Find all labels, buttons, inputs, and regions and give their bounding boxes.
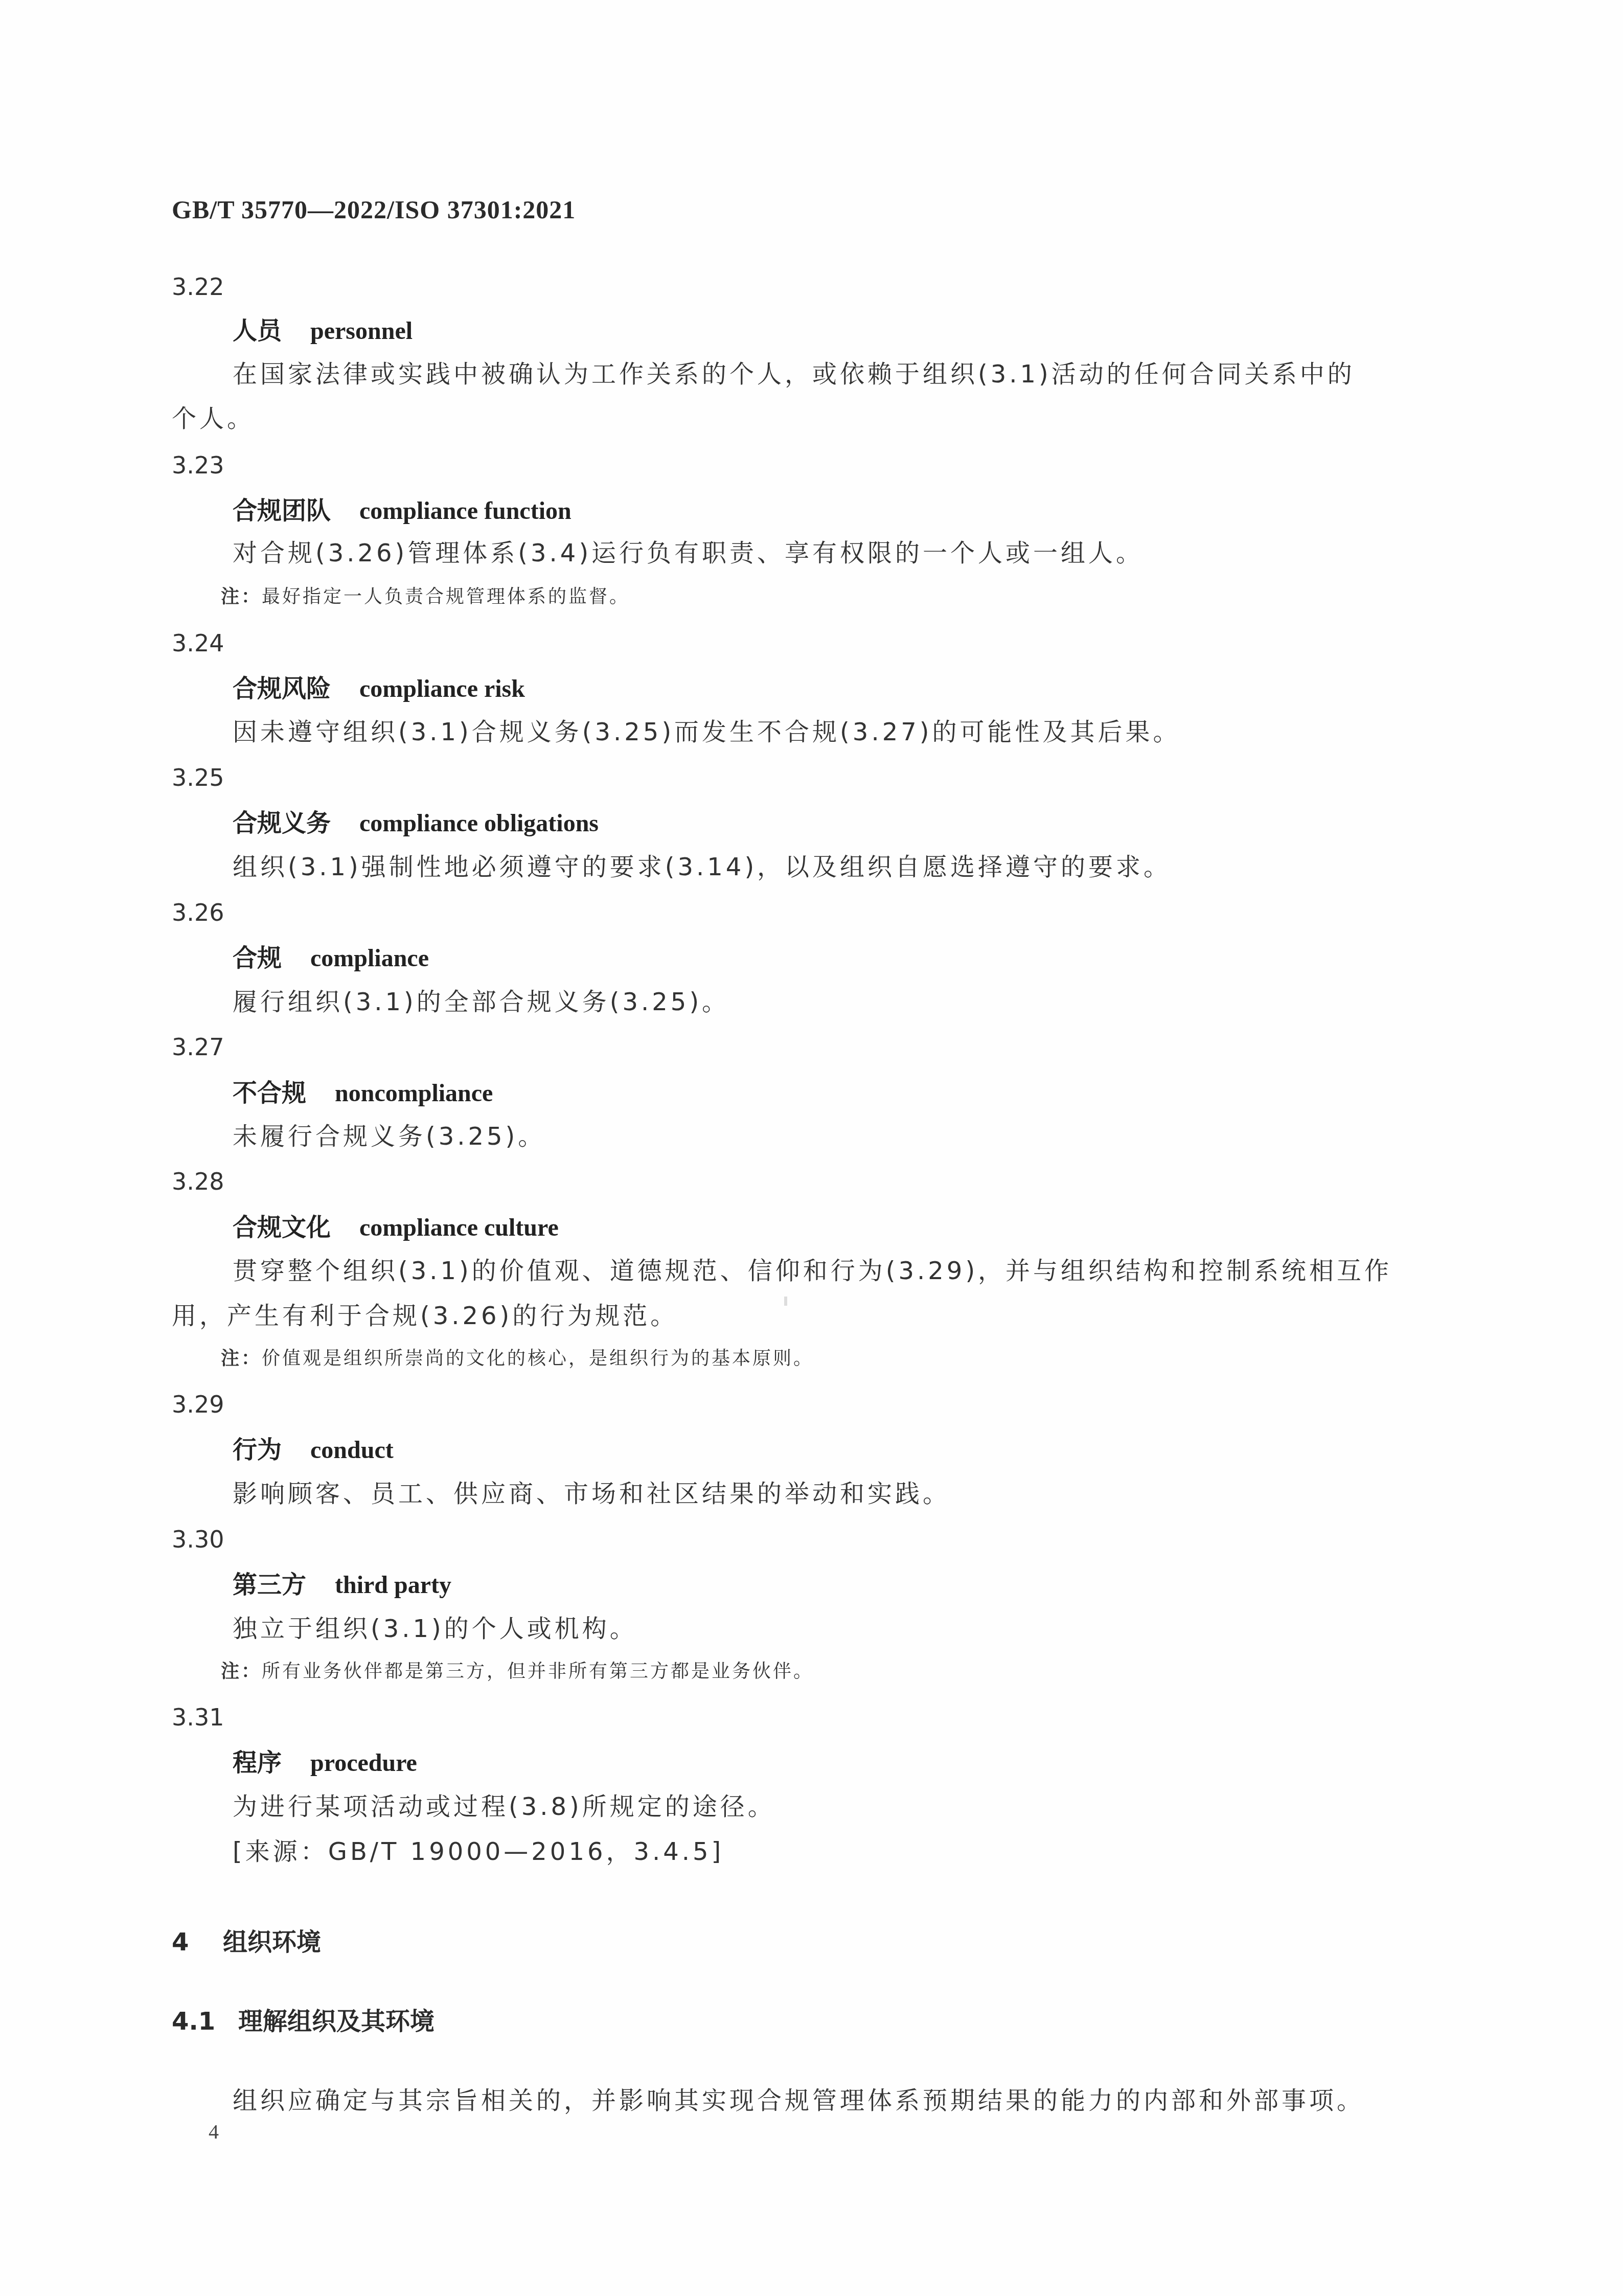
term-en: compliance obligations [359,810,599,837]
term-heading: 程序procedure [233,1751,417,1776]
document-page: GB/T 35770—2022/ISO 37301:2021 3.22 人员pe… [0,0,1623,2296]
note-label: 注： [221,586,262,607]
subsection-title: 理解组织及其环境 [238,2007,435,2036]
note: 注：最好指定一人负责合规管理体系的监督。 [221,588,630,606]
clause-number: 3.22 [172,275,224,299]
term-zh: 人员 [233,316,282,345]
definition-line: 在国家法律或实践中被确认为工作关系的个人，或依赖于组织(3.1)活动的任何合同关… [233,362,1355,387]
term-zh: 合规 [233,944,282,972]
term-en: personnel [310,317,413,345]
definition-line: 因未遵守组织(3.1)合规义务(3.25)而发生不合规(3.27)的可能性及其后… [233,720,1180,744]
term-en: conduct [310,1437,394,1464]
term-heading: 合规文化compliance culture [233,1215,559,1240]
term-heading: 人员personnel [233,319,413,344]
clause-number: 3.24 [172,631,224,655]
clause-number: 3.26 [172,901,224,924]
term-en: compliance function [359,497,572,525]
clause-number: 3.28 [172,1170,224,1193]
term-zh: 合规义务 [233,809,331,837]
note-label: 注： [221,1661,262,1682]
term-zh: 第三方 [233,1571,306,1599]
section-title: 组织环境 [223,1928,321,1957]
note-text: 所有业务伙伴都是第三方，但并非所有第三方都是业务伙伴。 [262,1661,814,1682]
clause-number: 3.23 [172,453,224,477]
note-label: 注： [221,1348,262,1369]
section-number: 4 [172,1930,223,1954]
definition-line: 对合规(3.26)管理体系(3.4)运行负有职责、享有权限的一个人或一组人。 [233,541,1144,565]
definition-line: 用，产生有利于合规(3.26)的行为规范。 [172,1304,678,1328]
term-zh: 合规文化 [233,1213,331,1242]
clause-number: 3.30 [172,1528,224,1551]
subsection-heading: 4.1理解组织及其环境 [172,2009,435,2034]
definition-line: 影响顾客、员工、供应商、市场和社区结果的举动和实践。 [233,1482,950,1506]
term-en: procedure [310,1749,417,1777]
term-zh: 合规团队 [233,496,331,525]
clause-number: 3.31 [172,1706,224,1729]
paragraph: 组织应确定与其宗旨相关的，并影响其实现合规管理体系预期结果的能力的内部和外部事项… [233,2088,1364,2113]
term-heading: 合规义务compliance obligations [233,811,599,836]
clause-number: 3.29 [172,1393,224,1416]
term-zh: 程序 [233,1748,282,1777]
note: 注：价值观是组织所崇尚的文化的核心，是组织行为的基本原则。 [221,1350,814,1368]
term-heading: 不合规noncompliance [233,1081,493,1106]
page-number: 4 [209,2122,219,2142]
clause-number: 3.27 [172,1035,224,1059]
term-zh: 合规风险 [233,674,331,703]
definition-line: 贯穿整个组织(3.1)的价值观、道德规范、信仰和行为(3.29)，并与组织结构和… [233,1259,1392,1283]
subsection-number: 4.1 [172,2009,238,2034]
scan-artifact [784,1297,787,1306]
term-en: noncompliance [335,1080,493,1107]
definition-line: 履行组织(3.1)的全部合规义务(3.25)。 [233,990,729,1014]
term-zh: 不合规 [233,1079,306,1107]
term-heading: 合规团队compliance function [233,498,572,524]
term-en: compliance risk [359,675,525,702]
note: 注：所有业务伙伴都是第三方，但并非所有第三方都是业务伙伴。 [221,1663,814,1681]
term-heading: 行为conduct [233,1438,394,1463]
term-heading: 合规风险compliance risk [233,676,525,701]
definition-line: 组织(3.1)强制性地必须遵守的要求(3.14)，以及组织自愿选择遵守的要求。 [233,855,1171,879]
definition-line: 为进行某项活动或过程(3.8)所规定的途径。 [233,1794,775,1819]
note-text: 最好指定一人负责合规管理体系的监督。 [262,586,630,607]
note-text: 价值观是组织所崇尚的文化的核心，是组织行为的基本原则。 [262,1348,814,1369]
standard-header: GB/T 35770—2022/ISO 37301:2021 [172,197,576,222]
definition-line: 独立于组织(3.1)的个人或机构。 [233,1617,637,1641]
clause-number: 3.25 [172,766,224,789]
term-en: third party [335,1572,451,1599]
source-citation: [来源：GB/T 19000—2016，3.4.5] [233,1839,724,1864]
definition-line: 未履行合规义务(3.25)。 [233,1124,545,1149]
term-en: compliance culture [359,1214,559,1241]
term-en: compliance [310,945,429,972]
definition-line: 个人。 [172,406,255,431]
term-heading: 合规compliance [233,946,429,971]
section-heading: 4组织环境 [172,1930,321,1954]
term-heading: 第三方third party [233,1573,451,1598]
term-zh: 行为 [233,1436,282,1464]
